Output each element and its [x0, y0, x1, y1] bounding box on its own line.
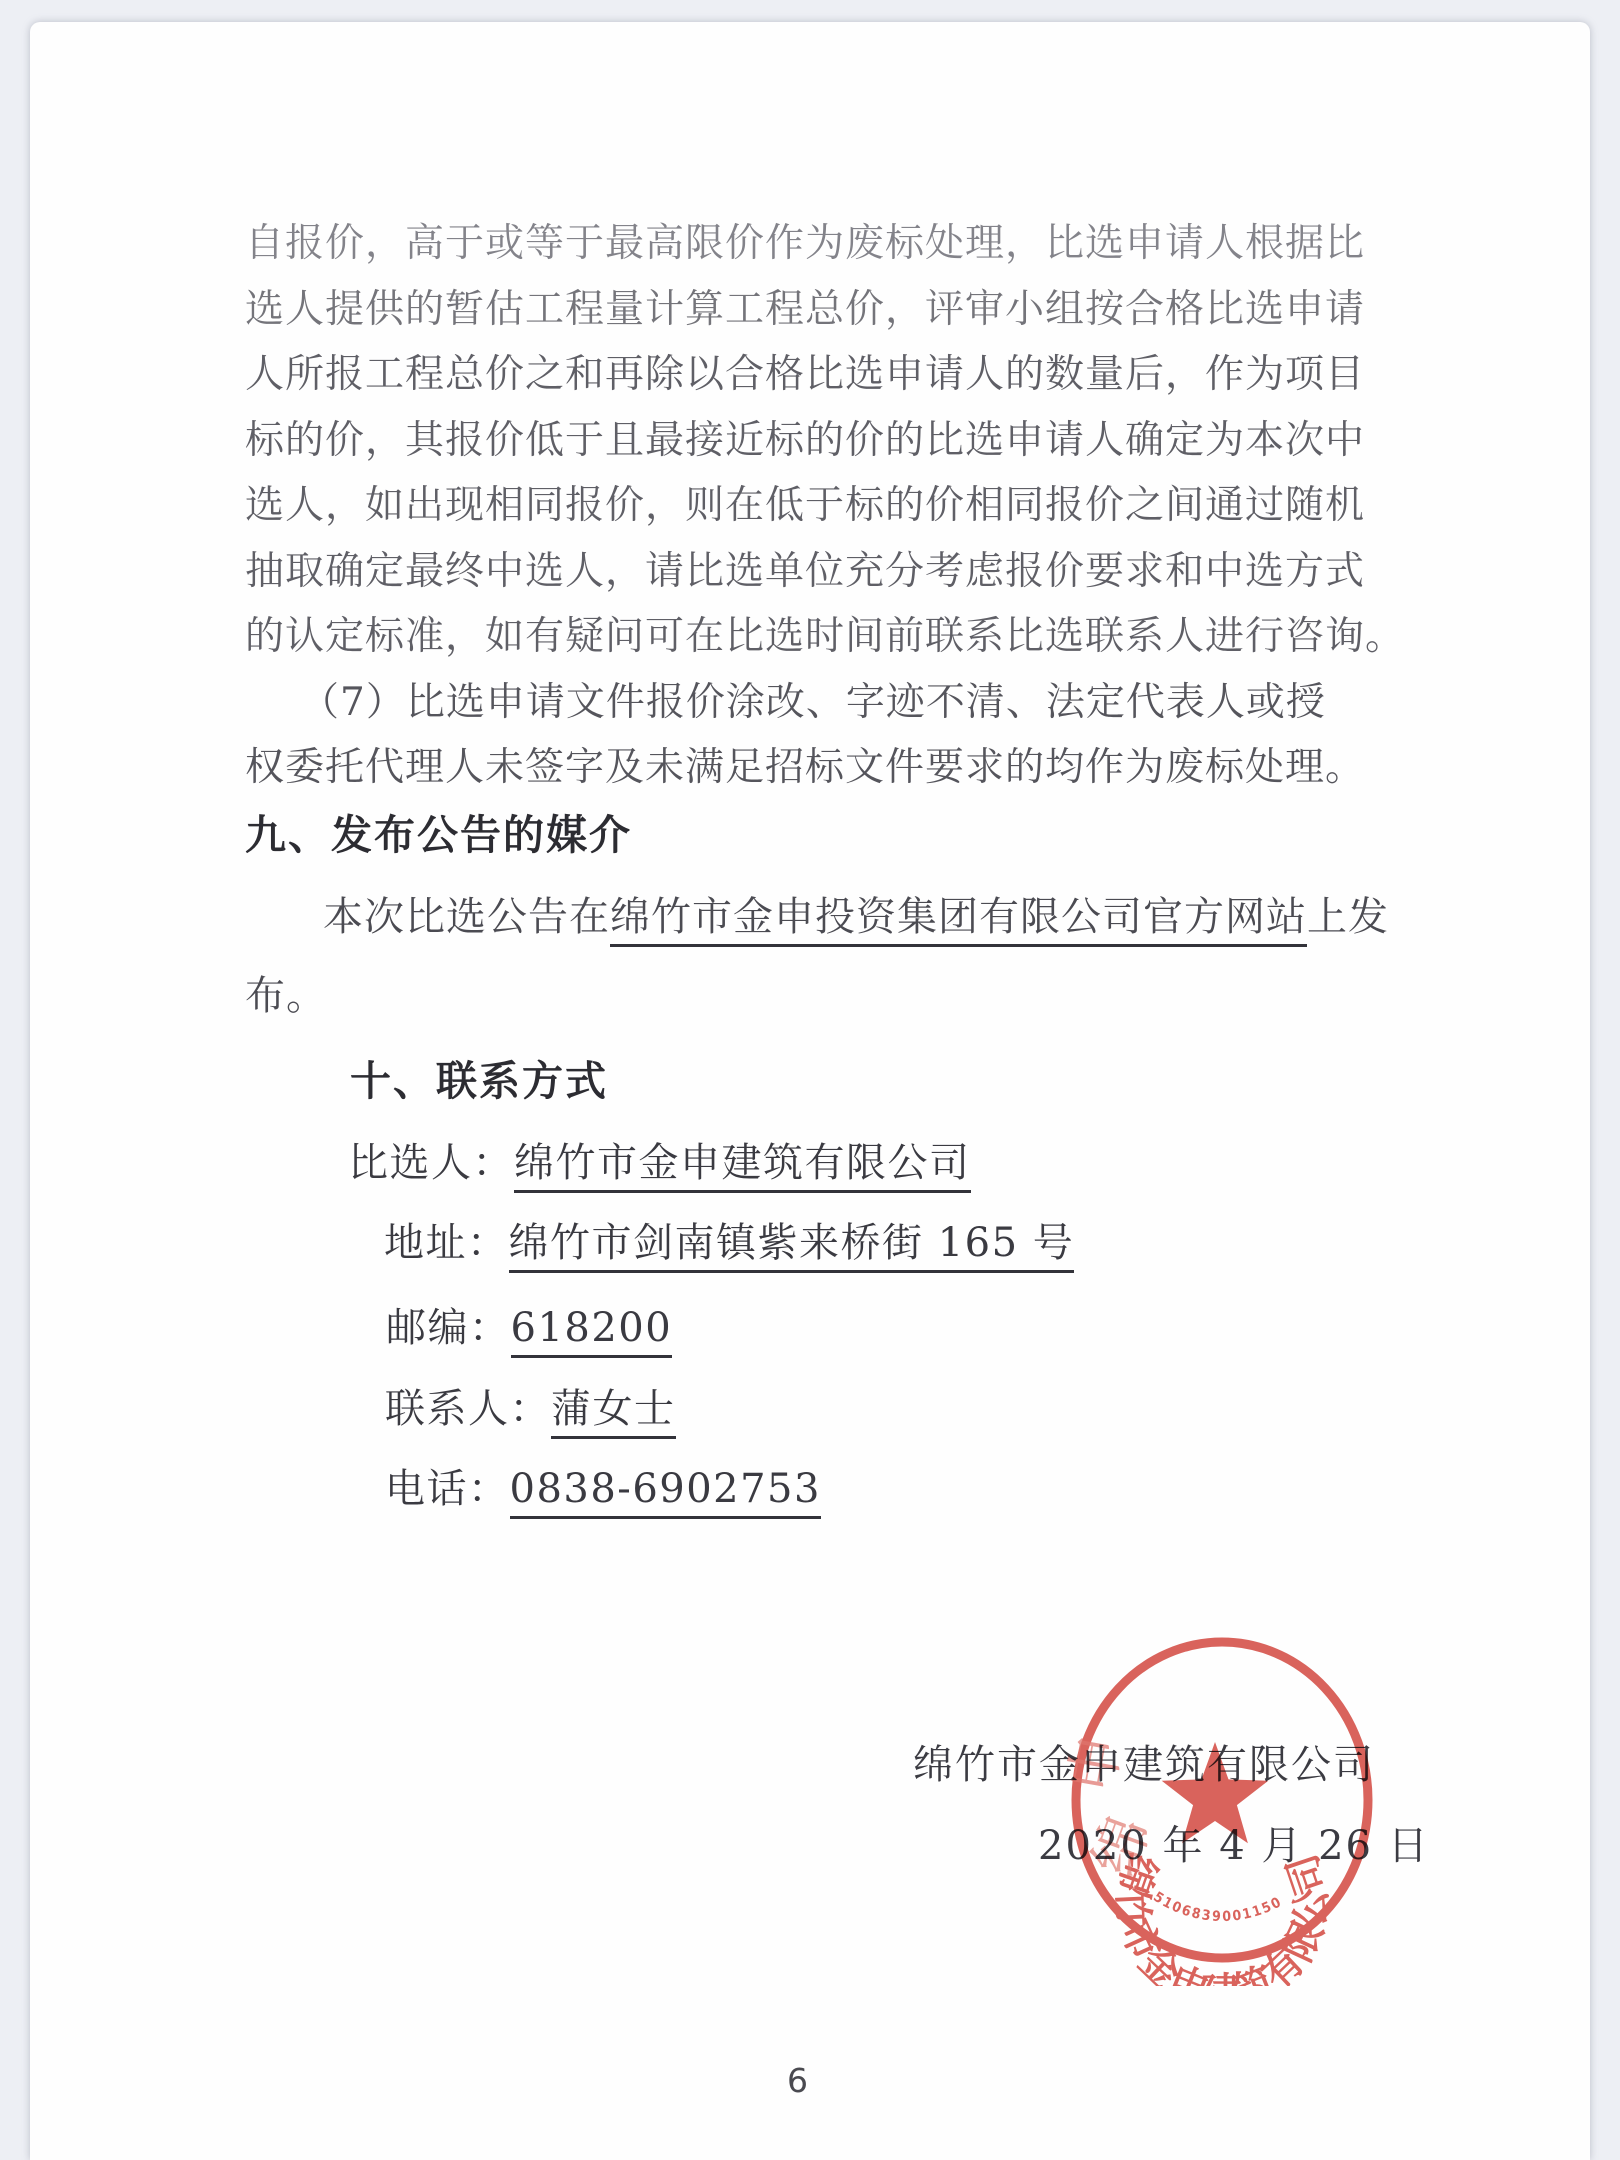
contact-label: 电话：	[385, 1466, 510, 1512]
contact-line-zipcode: 邮编：618200	[386, 1305, 672, 1351]
contact-value: 蒲女士	[551, 1386, 676, 1439]
seal-star-icon	[1162, 1742, 1269, 1843]
contact-label: 联系人：	[385, 1386, 551, 1432]
publication-post: 上发	[1307, 894, 1389, 940]
body-line: 权委托代理人未签字及未满足招标文件要求的均作为废标处理。	[245, 746, 1365, 791]
contact-label: 邮编：	[386, 1305, 511, 1351]
contact-line-address: 地址：绵竹市剑南镇紫来桥街 165 号	[384, 1220, 1074, 1266]
contact-value: 绵竹市剑南镇紫来桥街 165 号	[509, 1220, 1075, 1273]
body-line: 抽取确定最终中选人，请比选单位充分考虑报价要求和中选方式	[245, 550, 1365, 595]
company-seal-stamp: 绵竹市金申建筑有限公司 5106839001150 申 绵	[1052, 1618, 1392, 1986]
page-number: 6	[787, 2062, 808, 2100]
contact-line-bixuanren: 比选人：绵竹市金申建筑有限公司	[348, 1140, 971, 1186]
publication-line: 本次比选公告在绵竹市金申投资集团有限公司官方网站上发	[323, 894, 1389, 940]
seal-double-strike-char: 申	[1057, 1729, 1134, 1798]
scanned-document-viewer: 自报价，高于或等于最高限价作为废标处理，比选申请人根据比 选人提供的暂估工程量计…	[0, 0, 1620, 2160]
body-line: 选人提供的暂估工程量计算工程总价，评审小组按合格比选申请	[245, 288, 1365, 333]
contact-label: 比选人：	[348, 1140, 514, 1186]
contact-value: 618200	[511, 1305, 673, 1358]
contact-value: 0838-6902753	[510, 1466, 821, 1519]
seal-serial-number: 5106839001150	[1150, 1889, 1285, 1925]
body-line: （7）比选申请文件报价涂改、字迹不清、法定代表人或授	[300, 681, 1326, 726]
contact-value: 绵竹市金申建筑有限公司	[514, 1140, 971, 1193]
contact-line-person: 联系人：蒲女士	[385, 1386, 676, 1432]
section-heading-10: 十、联系方式	[350, 1058, 608, 1105]
publication-pre: 本次比选公告在	[323, 894, 610, 940]
body-line: 自报价，高于或等于最高限价作为废标处理，比选申请人根据比	[245, 222, 1365, 267]
body-line: 的认定标准，如有疑问可在比选时间前联系比选联系人进行咨询。	[245, 615, 1405, 660]
section-heading-9: 九、发布公告的媒介	[245, 812, 632, 859]
body-line: 人所报工程总价之和再除以合格比选申请人的数量后，作为项目	[245, 353, 1365, 398]
body-line: 选人，如出现相同报价，则在低于标的价相同报价之间通过随机	[245, 484, 1365, 529]
contact-line-phone: 电话：0838-6902753	[385, 1466, 821, 1512]
publication-medium-underlined: 绵竹市金申投资集团有限公司官方网站	[610, 894, 1307, 947]
publication-tail: 布。	[245, 973, 327, 1019]
contact-label: 地址：	[384, 1220, 509, 1266]
body-line: 标的价，其报价低于且最接近标的价的比选申请人确定为本次中	[245, 419, 1365, 464]
